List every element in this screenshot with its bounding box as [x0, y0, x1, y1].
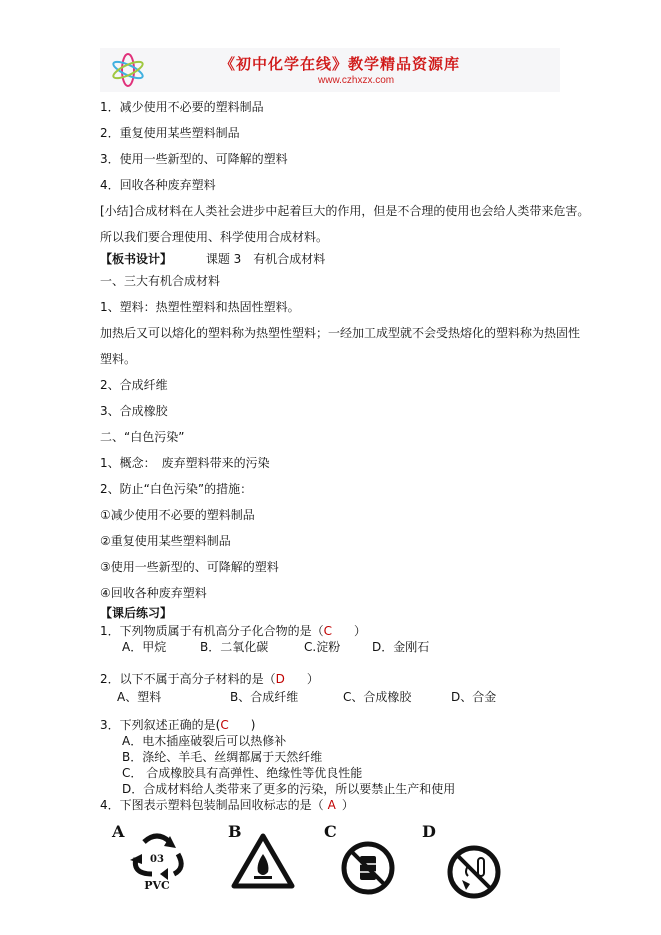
- list-item: 1、塑料：热塑性塑料和热固性塑料。: [100, 300, 300, 314]
- no-smoking-icon: [446, 844, 502, 900]
- board-design-heading: 【板书设计】 课题 3 有机合成材料: [100, 252, 325, 266]
- answer: C: [324, 624, 332, 638]
- summary-line-1: [小结]合成材料在人类社会进步中起着巨大的作用，但是不合理的使用也会给人类带来危…: [100, 204, 589, 218]
- section-heading: 二、“白色污染”: [100, 430, 184, 444]
- question-3: 3．下列叙述正确的是(C): [100, 718, 255, 732]
- measure-item: 1．减少使用不必要的塑料制品: [100, 100, 264, 114]
- measure-item: ②重复使用某些塑料制品: [100, 534, 231, 548]
- paren-close: ）: [342, 798, 354, 812]
- banner-url: www.czhxzx.com: [318, 75, 394, 86]
- paren-close: ）: [354, 624, 366, 638]
- paragraph-line: 加热后又可以熔化的塑料称为热塑性塑料；一经加工成型就不会受热熔化的塑料称为热固性: [100, 326, 580, 340]
- question-4: 4．下图表示塑料包装制品回收标志的是（A）: [100, 798, 354, 812]
- measure-item: 3．使用一些新型的、可降解的塑料: [100, 152, 288, 166]
- option: A．电木插座破裂后可以热修补: [122, 734, 286, 748]
- measure-item: 2．重复使用某些塑料制品: [100, 126, 240, 140]
- svg-text:03: 03: [150, 854, 164, 865]
- option: D．合成材料给人类带来了更多的污染，所以要禁止生产和使用: [122, 782, 455, 796]
- list-item: 2、合成纤维: [100, 378, 168, 392]
- list-item: 2、防止“白色污染”的措施：: [100, 482, 252, 496]
- banner-title: 《初中化学在线》教学精品资源库: [220, 53, 460, 74]
- answer: D: [276, 672, 285, 686]
- list-item: 1、概念： 废弃塑料带来的污染: [100, 456, 270, 470]
- option: A、塑料: [117, 690, 230, 704]
- measure-item: 4．回收各种废弃塑料: [100, 178, 216, 192]
- option: B、合成纤维: [230, 690, 343, 704]
- answer: A: [328, 798, 336, 812]
- sign-figures: A 03 PVC B C D: [100, 820, 570, 900]
- summary-line-2: 所以我们要合理使用、科学使用合成材料。: [100, 230, 328, 244]
- list-item: 3、合成橡胶: [100, 404, 168, 418]
- option: C.淀粉: [304, 640, 372, 654]
- option: C． 合成橡胶具有高弹性、绝缘性等优良性能: [122, 766, 362, 780]
- figure-letter: D: [422, 822, 436, 841]
- question-stem: 3．下列叙述正确的是(: [100, 718, 220, 732]
- option: C、合成橡胶: [343, 690, 451, 704]
- question-stem: 4．下图表示塑料包装制品回收标志的是（: [100, 798, 324, 812]
- paragraph-line: 塑料。: [100, 352, 136, 366]
- option: D．金刚石: [372, 640, 429, 654]
- question-stem: 1．下列物质属于有机高分子化合物的是（: [100, 624, 324, 638]
- measure-item: ①减少使用不必要的塑料制品: [100, 508, 255, 522]
- question-2: 2．以下不属于高分子材料的是（D）: [100, 672, 319, 686]
- option: A．甲烷: [122, 640, 200, 654]
- recycle-icon: 03 PVC: [126, 828, 188, 890]
- question-1-options: A．甲烷B．二氧化碳C.淀粉D．金刚石: [122, 640, 429, 654]
- section-heading: 一、三大有机合成材料: [100, 274, 220, 288]
- paren-close: ）: [307, 672, 319, 686]
- no-barrel-icon: [340, 840, 396, 896]
- board-design-label: 【板书设计】: [100, 252, 172, 266]
- measure-item: ④回收各种废弃塑料: [100, 586, 207, 600]
- option: B．二氧化碳: [200, 640, 304, 654]
- svg-text:PVC: PVC: [144, 879, 170, 890]
- lesson-title: 课题 3 有机合成材料: [206, 252, 325, 266]
- option: B．涤纶、羊毛、丝绸都属于天然纤维: [122, 750, 322, 764]
- question-2-options: A、塑料B、合成纤维C、合成橡胶D、合金: [117, 690, 496, 704]
- measure-item: ③使用一些新型的、可降解的塑料: [100, 560, 279, 574]
- paren-close: ): [251, 718, 256, 732]
- header-banner: 《初中化学在线》教学精品资源库 www.czhxzx.com: [100, 48, 560, 92]
- question-1: 1．下列物质属于有机高分子化合物的是（C）: [100, 624, 366, 638]
- option: D、合金: [451, 690, 496, 704]
- answer: C: [220, 718, 228, 732]
- question-stem: 2．以下不属于高分子材料的是（: [100, 672, 276, 686]
- figure-letter: A: [112, 822, 124, 841]
- exercises-label: 【课后练习】: [100, 606, 172, 620]
- atom-logo-icon: [108, 52, 148, 88]
- figure-letter: C: [324, 822, 337, 841]
- flammable-warning-icon: [230, 832, 296, 890]
